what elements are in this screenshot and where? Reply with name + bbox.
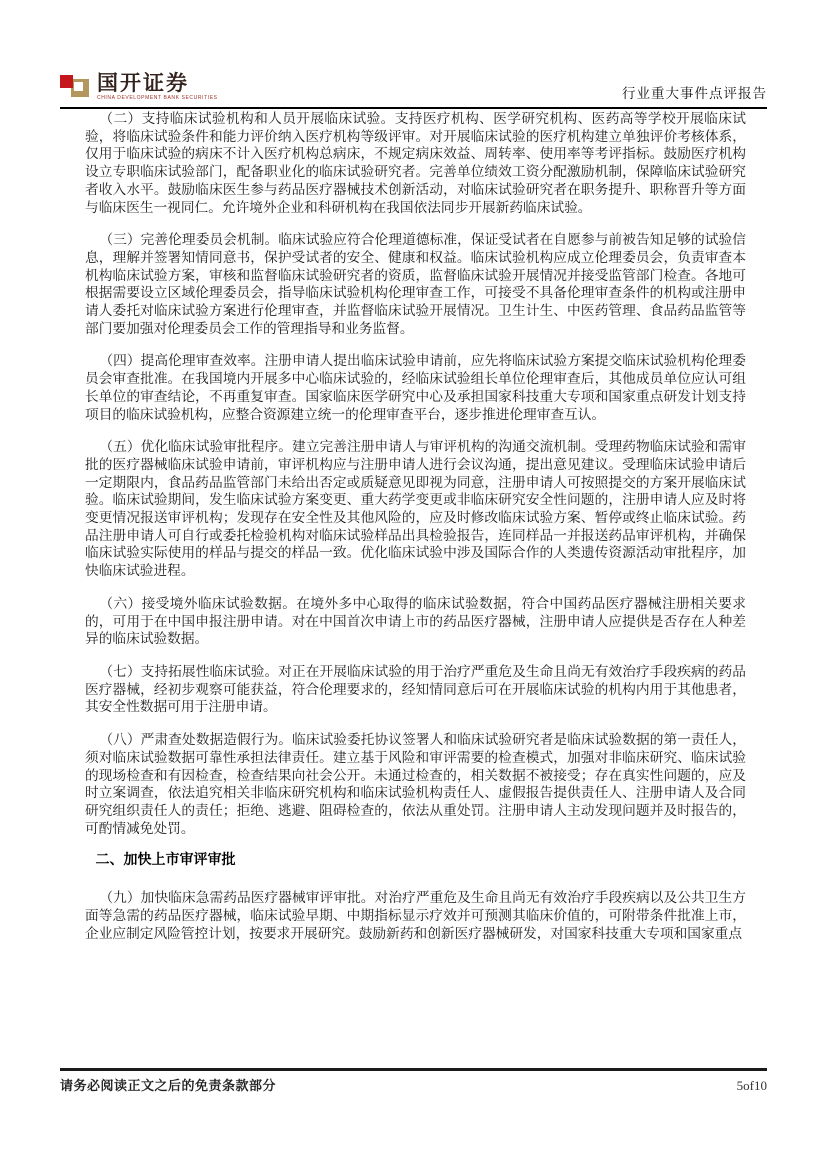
body-paragraph: （三）完善伦理委员会机制。临床试验应符合伦理道德标准，保证受试者在自愿参与前被告… — [85, 231, 746, 337]
page-header: 国开证券 CHINA DEVELOPMENT BANK SECURITIES 行… — [60, 60, 767, 109]
page-number: 5of10 — [737, 1078, 767, 1094]
body-paragraph: （九）加快临床急需药品医疗器械审评审批。对治疗严重危及生命且尚无有效治疗手段疾病… — [85, 889, 746, 942]
report-page: 国开证券 CHINA DEVELOPMENT BANK SECURITIES 行… — [0, 0, 827, 1169]
report-type-label: 行业重大事件点评报告 — [622, 82, 767, 104]
footer-row: 请务必阅读正文之后的免责条款部分 5of10 — [60, 1071, 767, 1094]
brand-name: 国开证券 — [97, 71, 218, 95]
body-paragraph: （四）提高伦理审查效率。注册申请人提出临床试验申请前，应先将临床试验方案提交临床… — [85, 352, 746, 423]
body-paragraph: （五）优化临床试验审批程序。建立完善注册申请人与审评机构的沟通交流机制。受理药物… — [85, 438, 746, 580]
brand-text: 国开证券 CHINA DEVELOPMENT BANK SECURITIES — [97, 71, 218, 102]
section-heading: 二、加快上市审评审批 — [85, 852, 746, 870]
page-footer: 请务必阅读正文之后的免责条款部分 5of10 — [60, 1068, 767, 1094]
brand-logo: 国开证券 CHINA DEVELOPMENT BANK SECURITIES — [60, 71, 218, 104]
logo-white-square — [74, 82, 83, 91]
body-paragraph: （二）支持临床试验机构和人员开展临床试验。支持医疗机构、医学研究机构、医药高等学… — [85, 110, 746, 216]
disclaimer-text: 请务必阅读正文之后的免责条款部分 — [60, 1075, 276, 1094]
document-body: （二）支持临床试验机构和人员开展临床试验。支持医疗机构、医学研究机构、医药高等学… — [85, 110, 746, 957]
body-paragraph: （六）接受境外临床试验数据。在境外多中心取得的临床试验数据，符合中国药品医疗器械… — [85, 595, 746, 648]
brand-subtitle: CHINA DEVELOPMENT BANK SECURITIES — [97, 95, 218, 102]
logo-red-square — [60, 75, 73, 88]
body-paragraph: （八）严肃查处数据造假行为。临床试验委托协议签署人和临床试验研究者是临床试验数据… — [85, 731, 746, 837]
body-paragraph: （七）支持拓展性临床试验。对正在开展临床试验的用于治疗严重危及生命且尚无有效治疗… — [85, 663, 746, 716]
brand-logo-icon — [60, 72, 90, 104]
